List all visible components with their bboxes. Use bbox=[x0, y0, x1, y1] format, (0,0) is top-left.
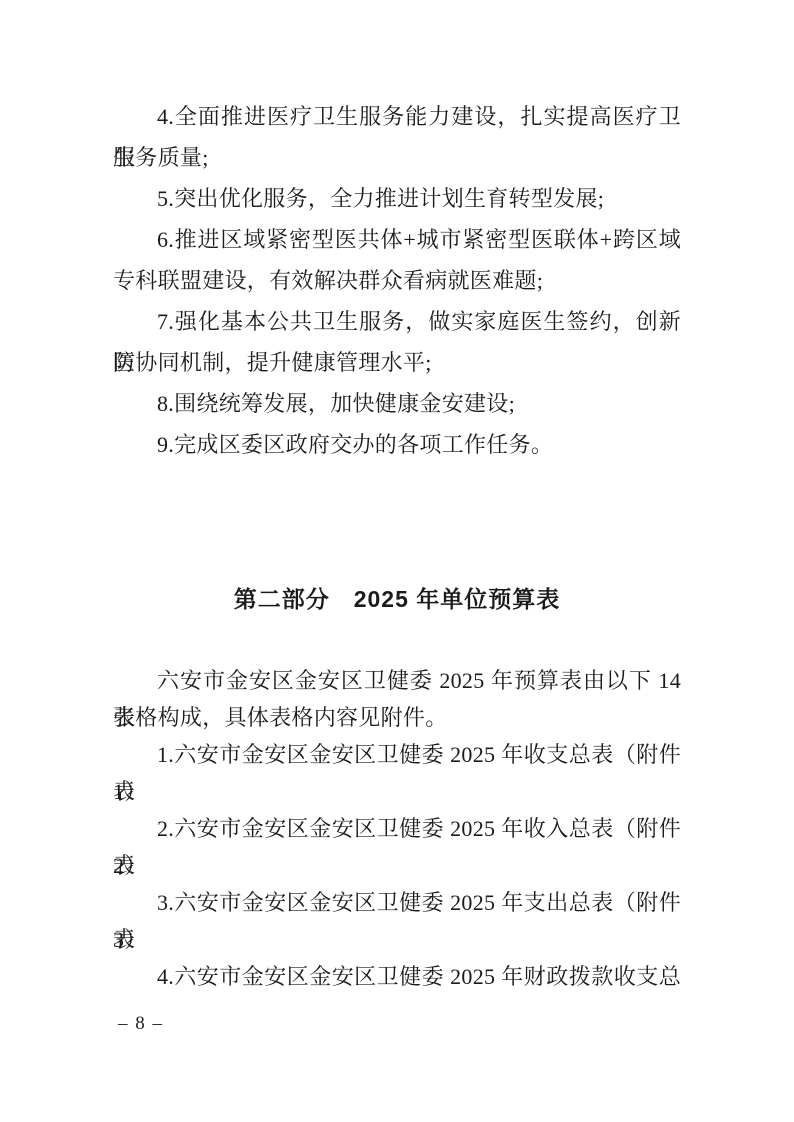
section-one-list: 4.全面推进医疗卫生服务能力建设，扎实提高医疗卫生 服务质量; 5.突出优化服务… bbox=[113, 96, 681, 465]
body-line: 9.完成区委区政府交办的各项工作任务。 bbox=[113, 424, 681, 465]
body-line: 1.六安市金安区金安区卫健委 2025 年收支总表（附件表 bbox=[113, 736, 681, 773]
body-line: 2.六安市金安区金安区卫健委 2025 年收入总表（附件表 bbox=[113, 810, 681, 847]
body-line: 6.推进区域紧密型医共体+城市紧密型医联体+跨区域 bbox=[113, 219, 681, 260]
document-page: 4.全面推进医疗卫生服务能力建设，扎实提高医疗卫生 服务质量; 5.突出优化服务… bbox=[0, 0, 794, 1122]
section-two-body: 六安市金安区金安区卫健委 2025 年预算表由以下 14 张 表格构成，具体表格… bbox=[113, 662, 681, 995]
body-line: 2） bbox=[113, 847, 681, 884]
body-line: 表格构成，具体表格内容见附件。 bbox=[113, 699, 681, 736]
body-line: 六安市金安区金安区卫健委 2025 年预算表由以下 14 张 bbox=[113, 662, 681, 699]
body-line: 1） bbox=[113, 773, 681, 810]
page-number: – 8 – bbox=[118, 1012, 162, 1036]
body-line: 8.围绕统筹发展，加快健康金安建设; bbox=[113, 383, 681, 424]
body-line: 防协同机制，提升健康管理水平; bbox=[113, 342, 681, 383]
page-content: 4.全面推进医疗卫生服务能力建设，扎实提高医疗卫生 服务质量; 5.突出优化服务… bbox=[113, 0, 681, 995]
body-line: 服务质量; bbox=[113, 137, 681, 178]
section-heading: 第二部分 2025 年单位预算表 bbox=[113, 579, 681, 619]
body-line: 4.六安市金安区金安区卫健委 2025 年财政拨款收支总 bbox=[113, 958, 681, 995]
body-line: 专科联盟建设，有效解决群众看病就医难题; bbox=[113, 260, 681, 301]
body-line: 3.六安市金安区金安区卫健委 2025 年支出总表（附件表 bbox=[113, 884, 681, 921]
body-line: 5.突出优化服务，全力推进计划生育转型发展; bbox=[113, 178, 681, 219]
body-line: 4.全面推进医疗卫生服务能力建设，扎实提高医疗卫生 bbox=[113, 96, 681, 137]
body-line: 7.强化基本公共卫生服务，做实家庭医生签约，创新医 bbox=[113, 301, 681, 342]
body-line: 3） bbox=[113, 921, 681, 958]
